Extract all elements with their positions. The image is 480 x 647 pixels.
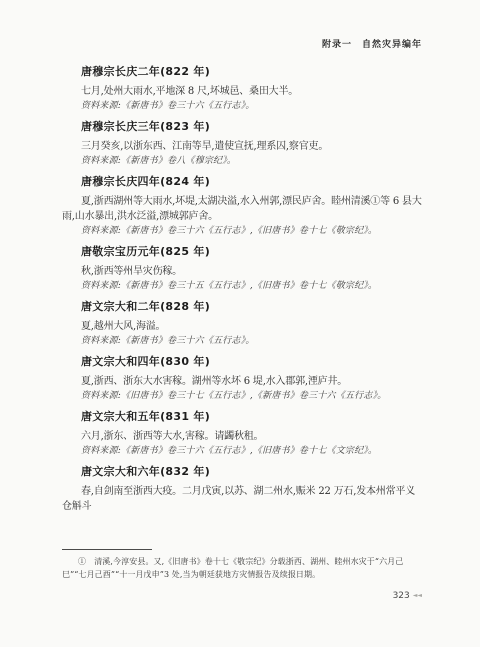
section-source: 资料来源:《旧唐书》卷三十七《五行志》,《新唐书》卷三十六《五行志》。: [62, 389, 422, 404]
section-heading: 唐文宗大和二年(828 年): [62, 300, 422, 314]
section-heading: 唐敬宗宝历元年(825 年): [62, 245, 422, 259]
page-footer: ① 清溪,今淳安县。又,《旧唐书》卷十七《敬宗纪》分载浙西、湖州、睦州水灾于“六…: [62, 549, 422, 602]
section-heading: 唐穆宗长庆三年(823 年): [62, 120, 422, 134]
section-source: 资料来源:《新唐书》卷三十六《五行志》。: [62, 334, 422, 349]
section-heading: 唐文宗大和五年(831 年): [62, 410, 422, 424]
footnote: ① 清溪,今淳安县。又,《旧唐书》卷十七《敬宗纪》分载浙西、湖州、睦州水灾于“六…: [62, 556, 422, 581]
section-source: 资料来源:《新唐书》卷三十六《五行志》,《旧唐书》卷十七《敬宗纪》。: [62, 224, 422, 239]
section-body: 春,自剑南至浙西大疫。二月戊寅,以苏、湖二州水,赈米 22 万石,发本州常平义仓…: [62, 484, 422, 514]
section-body: 七月,处州大雨水,平地深 8 尺,坏城邑、桑田大半。: [62, 84, 422, 99]
section-822: 唐穆宗长庆二年(822 年) 七月,处州大雨水,平地深 8 尺,坏城邑、桑田大半…: [62, 65, 422, 114]
section-heading: 唐文宗大和六年(832 年): [62, 465, 422, 479]
section-824: 唐穆宗长庆四年(824 年) 夏,浙西湖州等大雨水,坏堤,太湖决溢,水入州郭,漂…: [62, 175, 422, 239]
section-heading: 唐穆宗长庆二年(822 年): [62, 65, 422, 79]
section-body: 秋,浙西等州旱灾伤稼。: [62, 264, 422, 279]
footnote-separator: [62, 549, 152, 550]
section-source: 资料来源:《新唐书》卷八《穆宗纪》。: [62, 154, 422, 169]
section-heading: 唐穆宗长庆四年(824 年): [62, 175, 422, 189]
section-body: 夏,浙西、浙东大水害稼。湖州等水坏 6 堤,水入郡郭,湮庐井。: [62, 374, 422, 389]
section-body: 夏,浙西湖州等大雨水,坏堤,太湖决溢,水入州郭,漂民庐舍。睦州清溪①等 6 县大…: [62, 194, 422, 224]
running-header: 附录一 自然灾异编年: [62, 40, 422, 51]
section-body: 六月,浙东、浙西等大水,害稼。请蠲秋租。: [62, 429, 422, 444]
section-830: 唐文宗大和四年(830 年) 夏,浙西、浙东大水害稼。湖州等水坏 6 堤,水入郡…: [62, 355, 422, 404]
book-page: 附录一 自然灾异编年 唐穆宗长庆二年(822 年) 七月,处州大雨水,平地深 8…: [0, 0, 480, 647]
page-edge-marker-icon: ◄◄: [413, 592, 422, 599]
section-source: 资料来源:《新唐书》卷三十六《五行志》,《旧唐书》卷十七《文宗纪》。: [62, 444, 422, 459]
page-number: 323: [393, 591, 410, 601]
section-828: 唐文宗大和二年(828 年) 夏,越州大风,海溢。 资料来源:《新唐书》卷三十六…: [62, 300, 422, 349]
page-number-row: 323◄◄: [62, 590, 422, 602]
section-body: 夏,越州大风,海溢。: [62, 319, 422, 334]
section-831: 唐文宗大和五年(831 年) 六月,浙东、浙西等大水,害稼。请蠲秋租。 资料来源…: [62, 410, 422, 459]
section-832: 唐文宗大和六年(832 年) 春,自剑南至浙西大疫。二月戊寅,以苏、湖二州水,赈…: [62, 465, 422, 514]
page-content: 附录一 自然灾异编年 唐穆宗长庆二年(822 年) 七月,处州大雨水,平地深 8…: [62, 40, 422, 514]
section-source: 资料来源:《新唐书》卷三十六《五行志》。: [62, 99, 422, 114]
section-body: 三月癸亥,以浙东西、江南等旱,遣使宣抚,理系囚,察官吏。: [62, 139, 422, 154]
section-heading: 唐文宗大和四年(830 年): [62, 355, 422, 369]
section-825: 唐敬宗宝历元年(825 年) 秋,浙西等州旱灾伤稼。 资料来源:《新唐书》卷三十…: [62, 245, 422, 294]
section-source: 资料来源:《新唐书》卷三十五《五行志》,《旧唐书》卷十七《敬宗纪》。: [62, 279, 422, 294]
section-823: 唐穆宗长庆三年(823 年) 三月癸亥,以浙东西、江南等旱,遣使宣抚,理系囚,察…: [62, 120, 422, 169]
